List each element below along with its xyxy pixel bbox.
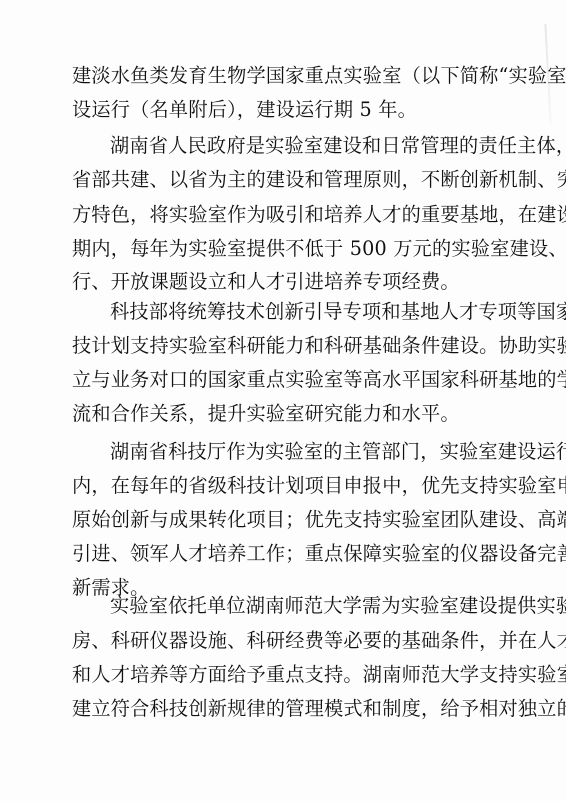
- text-line: 湖南省人民政府是实验室建设和日常管理的责任主体，按照: [110, 134, 500, 158]
- text-line: 房、科研仪器设施、科研经费等必要的基础条件，并在人才引进: [72, 629, 500, 653]
- text-line: 立与业务对口的国家重点实验室等高水平国家科研基地的学术交: [72, 368, 500, 392]
- document-page: 建淡水鱼类发育生物学国家重点实验室（以下简称“实验室”)建 设运行（名单附后），…: [0, 0, 566, 801]
- text-line: 原始创新与成果转化项目；优先支持实验室团队建设、高端人才: [72, 508, 500, 532]
- text-line: 方特色，将实验室作为吸引和培养人才的重要基地，在建设运行: [72, 203, 500, 227]
- scan-speck: [227, 607, 229, 609]
- text-line: 流和合作关系，提升实验室研究能力和水平。: [72, 402, 500, 426]
- text-line: 建立符合科技创新规律的管理模式和制度，给予相对独立的人事: [72, 697, 500, 721]
- text-line: 引进、领军人才培养工作；重点保障实验室的仪器设备完善和更: [72, 542, 500, 566]
- text-line: 省部共建、以省为主的建设和管理原则，不断创新机制、突出地: [72, 168, 500, 192]
- text-line: 设运行（名单附后），建设运行期 5 年。: [72, 98, 500, 122]
- text-line: 技计划支持实验室科研能力和科研基础条件建设。协助实验室建: [72, 334, 500, 358]
- text-line: 内，在每年的省级科技计划项目申报中，优先支持实验室申报的: [72, 474, 500, 498]
- text-line: 科技部将统筹技术创新引导专项和基地人才专项等国家科: [110, 300, 500, 324]
- text-line: 实验室依托单位湖南师范大学需为实验室建设提供实验用: [110, 594, 500, 618]
- text-line: 建淡水鱼类发育生物学国家重点实验室（以下简称“实验室”)建: [72, 64, 500, 88]
- text-line: 湖南省科技厅作为实验室的主管部门，实验室建设运行期: [110, 440, 500, 464]
- text-line: 行、开放课题设立和人才引进培养专项经费。: [72, 270, 500, 294]
- text-line: 期内，每年为实验室提供不低于 500 万元的实验室建设、日常运: [72, 237, 500, 261]
- text-line: 和人才培养等方面给予重点支持。湖南师范大学支持实验室探索: [72, 663, 500, 687]
